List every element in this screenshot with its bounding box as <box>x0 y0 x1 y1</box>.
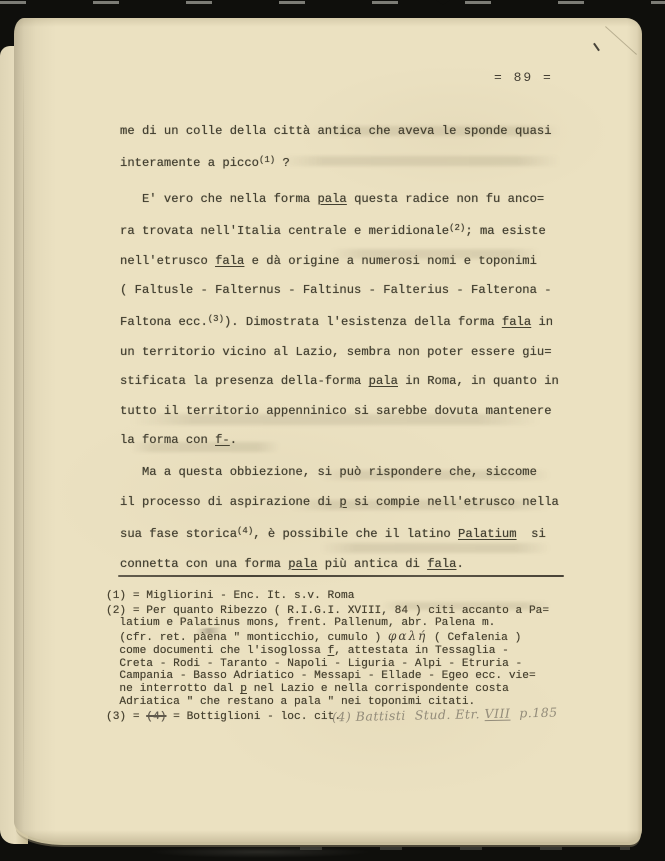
page-number: = 89 = <box>494 70 553 85</box>
typed-line: latium e Palatinus mons, frent. Pallenum… <box>106 617 584 630</box>
typed-line: ra trovata nell'Italia centrale e meridi… <box>120 214 590 246</box>
page: = 89 = me di un colle della città antica… <box>14 18 642 842</box>
typed-line: Campania - Basso Adriatico - Messapi - E… <box>106 670 584 683</box>
scanner-bed-smudge <box>150 846 370 858</box>
ghost-text-smudge <box>320 543 550 553</box>
typed-line: Creta - Rodi - Taranto - Napoli - Liguri… <box>106 658 584 671</box>
typed-line: stificata la presenza della-forma pala i… <box>120 367 590 396</box>
page-edge-notch <box>436 0 450 5</box>
typed-line: ( Faltusle - Falternus - Faltinus - Falt… <box>120 276 590 305</box>
typed-line: come documenti che l'isoglossa f, attest… <box>106 645 584 658</box>
ghost-text-smudge <box>330 249 540 259</box>
scanner-bed-dashes <box>0 1 665 4</box>
ghost-text-smudge <box>290 500 550 510</box>
typed-line: (1) = Migliorini - Enc. It. s.v. Roma <box>106 590 584 603</box>
footnote-item: (2) = Per quanto Ribezzo ( R.I.G.I. XVII… <box>106 605 584 709</box>
typed-line: E' vero che nella forma pala questa radi… <box>120 185 590 214</box>
typed-line: ne interrotto dal p nel Lazio e nella co… <box>106 683 584 696</box>
ghost-text-smudge <box>310 126 560 136</box>
footnote-item: (1) = Migliorini - Enc. It. s.v. Roma <box>106 590 584 603</box>
ghost-text-smudge <box>380 602 550 610</box>
ghost-text-smudge <box>130 414 540 425</box>
footnote-separator-rule <box>118 575 564 577</box>
typed-line: un territorio vicino al Lazio, sembra no… <box>120 338 590 367</box>
ghost-text-smudge <box>130 442 280 452</box>
ghost-text-smudge <box>280 156 560 166</box>
corner-crease <box>605 26 637 55</box>
typed-line: Faltona ecc.(3)). Dimostrata l'esistenza… <box>120 305 590 337</box>
typed-line: (cfr. ret. pàena " monticchio, cumulo ) … <box>106 630 584 645</box>
gutter-fold-line <box>23 58 24 818</box>
ink-speck <box>593 43 600 52</box>
scanned-book-page: = 89 = me di un colle della città antica… <box>0 0 665 861</box>
ghost-text-smudge <box>320 470 550 480</box>
